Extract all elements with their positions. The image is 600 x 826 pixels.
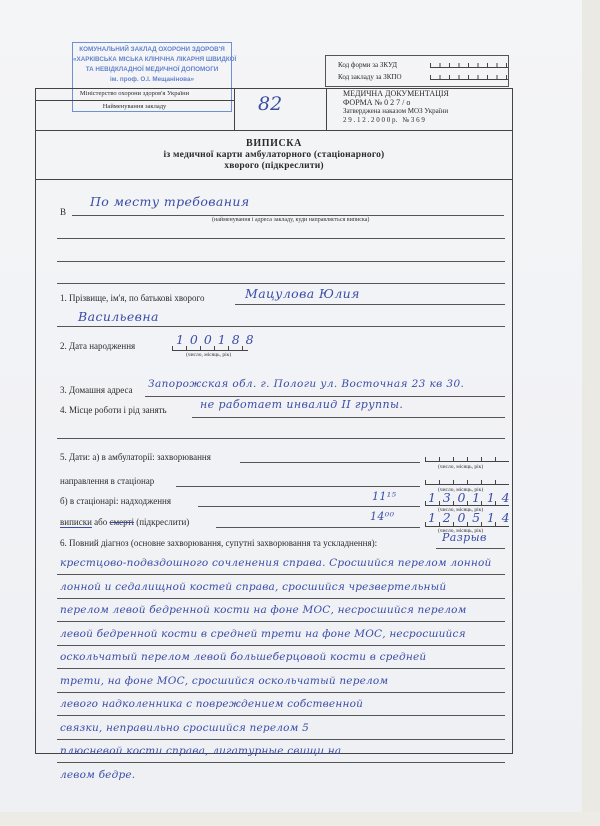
page-edge bbox=[582, 0, 600, 826]
diagnosis-line bbox=[57, 692, 505, 693]
address-label: 3. Домашня адреса bbox=[60, 385, 133, 395]
recipient-prefix: В bbox=[60, 207, 66, 217]
dob-caption: (число, місяць, рік) bbox=[186, 352, 231, 358]
dates-ambulatory-label: 5. Дати: а) в амбулаторії: захворювання bbox=[60, 452, 211, 462]
work-label: 4. Місце роботи і рід занять bbox=[60, 405, 167, 415]
referral-date-field[interactable] bbox=[425, 479, 509, 485]
diagnosis-line bbox=[57, 621, 505, 622]
stamp-line: «ХАРКІВСЬКА МІСЬКА КЛІНІЧНА ЛІКАРНЯ ШВИД… bbox=[73, 55, 231, 65]
diagnosis-line-text: перелом левой бедренной кости на фоне МО… bbox=[60, 604, 500, 616]
diagnosis-line-text: левом бедре. bbox=[60, 769, 500, 781]
blank-line bbox=[57, 283, 505, 284]
admission-line bbox=[198, 506, 420, 507]
discharge-option-underlined: виписки bbox=[60, 517, 92, 528]
ministry-label: Міністерство охорони здоров'я України bbox=[35, 88, 234, 101]
zkud-label: Код форми за ЗКУД bbox=[338, 61, 430, 69]
diagnosis-line-text: плюсневой кости справа, лигатурные свищи… bbox=[60, 745, 500, 757]
diagnosis-line bbox=[57, 574, 505, 575]
work-value[interactable]: не работает инвалид II группы. bbox=[200, 398, 403, 411]
discharge-date-field bbox=[425, 521, 509, 527]
approval-details: 2 9 . 1 2 . 2 0 0 0 р. № 3 6 9 bbox=[343, 116, 513, 125]
diagnosis-line-text: оскольчатый перелом левой большеберцовой… bbox=[60, 651, 500, 663]
zkpo-label: Код закладу за ЗКПО bbox=[338, 73, 430, 81]
title-line-1: ВИПИСКА bbox=[35, 138, 513, 150]
diagnosis-line bbox=[57, 598, 505, 599]
diagnosis-line-text: левого надколенника с повреждением собст… bbox=[60, 698, 500, 710]
address-value[interactable]: Запорожская обл. г. Пологи ул. Восточная… bbox=[148, 378, 464, 390]
document-title: ВИПИСКА із медичної карти амбулаторного … bbox=[35, 131, 513, 180]
approval-text: Затверджена наказом МОЗ України bbox=[343, 107, 513, 116]
diagnosis-line-text: связки, неправильно сросшийся перелом 5 bbox=[60, 722, 500, 734]
admission-label: б) в стаціонарі: надходження bbox=[60, 496, 171, 506]
page-bottom-edge bbox=[0, 812, 600, 826]
title-line-3: хворого (підкреслити) bbox=[35, 161, 513, 173]
zkpo-code-field[interactable] bbox=[430, 74, 508, 80]
recipient-line bbox=[72, 215, 504, 216]
recipient-value[interactable]: По месту требования bbox=[90, 194, 250, 209]
diagnosis-line bbox=[57, 645, 505, 646]
header-institution-cell: Міністерство охорони здоров'я України На… bbox=[35, 88, 235, 131]
recipient-caption: (найменування і адреса закладу, куди нап… bbox=[212, 217, 369, 223]
diagnosis-label: 6. Повний діагноз (основне захворювання,… bbox=[60, 538, 377, 548]
name-label: 1. Прізвище, ім'я, по батькові хворого bbox=[60, 293, 205, 303]
name-line-2 bbox=[57, 326, 505, 327]
death-option-struck: смерті bbox=[109, 517, 134, 527]
diagnosis-line-text: трети, на фоне МОС, сросшийся оскольчаты… bbox=[60, 675, 500, 687]
work-line bbox=[192, 417, 505, 418]
referral-line bbox=[176, 486, 420, 487]
zkpo-row: Код закладу за ЗКПО bbox=[338, 71, 508, 83]
work-line-2 bbox=[57, 438, 505, 439]
blank-line bbox=[57, 261, 505, 262]
admission-time[interactable]: 11¹⁵ bbox=[372, 490, 396, 503]
discharge-hint: (підкреслити) bbox=[136, 517, 189, 527]
admission-date-field bbox=[425, 500, 509, 506]
dob-field-boxes bbox=[172, 345, 248, 351]
diagnosis-first-line bbox=[436, 548, 505, 549]
record-number: 82 bbox=[258, 93, 282, 115]
order-number: № 3 6 9 bbox=[403, 116, 425, 124]
diagnosis-line bbox=[57, 668, 505, 669]
stamp-line: ТА НЕВІДКЛАДНОЇ МЕДИЧНОЇ ДОПОМОГИ bbox=[73, 65, 231, 75]
blank-line bbox=[57, 238, 505, 239]
discharge-line bbox=[216, 527, 420, 528]
header-form-info: МЕДИЧНА ДОКУМЕНТАЦІЯ ФОРМА № 0 2 7 / о З… bbox=[327, 88, 513, 131]
referral-label: направлення в стаціонар bbox=[60, 476, 154, 486]
approval-date: 2 9 . 1 2 . 2 0 0 0 р. bbox=[343, 116, 397, 124]
stamp-line: КОМУНАЛЬНИЙ ЗАКЛАД ОХОРОНИ ЗДОРОВ'Я bbox=[73, 45, 231, 55]
discharge-or: або bbox=[94, 517, 107, 527]
name-value-1[interactable]: Мацулова Юлия bbox=[245, 286, 360, 301]
diagnosis-line bbox=[57, 762, 505, 763]
discharge-time[interactable]: 14⁰⁰ bbox=[370, 510, 394, 523]
form-codes-box: Код форми за ЗКУД Код закладу за ЗКПО bbox=[325, 55, 509, 87]
form-number: ФОРМА № 0 2 7 / о bbox=[343, 99, 513, 108]
illness-date-line bbox=[240, 462, 420, 463]
dob-label: 2. Дата народження bbox=[60, 341, 135, 351]
institution-name-label: Найменування закладу bbox=[35, 101, 234, 113]
diagnosis-start[interactable]: Разрыв bbox=[442, 531, 487, 544]
date-caption: (число, місяць, рік) bbox=[438, 464, 483, 470]
diagnosis-line bbox=[57, 739, 505, 740]
discharge-label: виписки або смерті (підкреслити) bbox=[60, 517, 189, 527]
illness-date-field[interactable] bbox=[425, 456, 509, 462]
diagnosis-line-text: лонной и седалищной костей справа, сросш… bbox=[60, 581, 500, 593]
stamp-line: ім. проф. О.І. Мещанінова» bbox=[73, 75, 231, 85]
diagnosis-line-text: крестцово-подвздошного сочленения справа… bbox=[60, 557, 500, 569]
title-line-2: із медичної карти амбулаторного (стаціон… bbox=[35, 150, 513, 162]
zkud-code-field[interactable] bbox=[430, 62, 508, 68]
name-line bbox=[235, 304, 505, 305]
zkud-row: Код форми за ЗКУД bbox=[338, 59, 508, 71]
name-value-2[interactable]: Васильевна bbox=[78, 309, 159, 324]
address-line bbox=[145, 396, 505, 397]
diagnosis-line bbox=[57, 715, 505, 716]
diagnosis-line-text: левой бедренной кости в средней трети на… bbox=[60, 628, 500, 640]
